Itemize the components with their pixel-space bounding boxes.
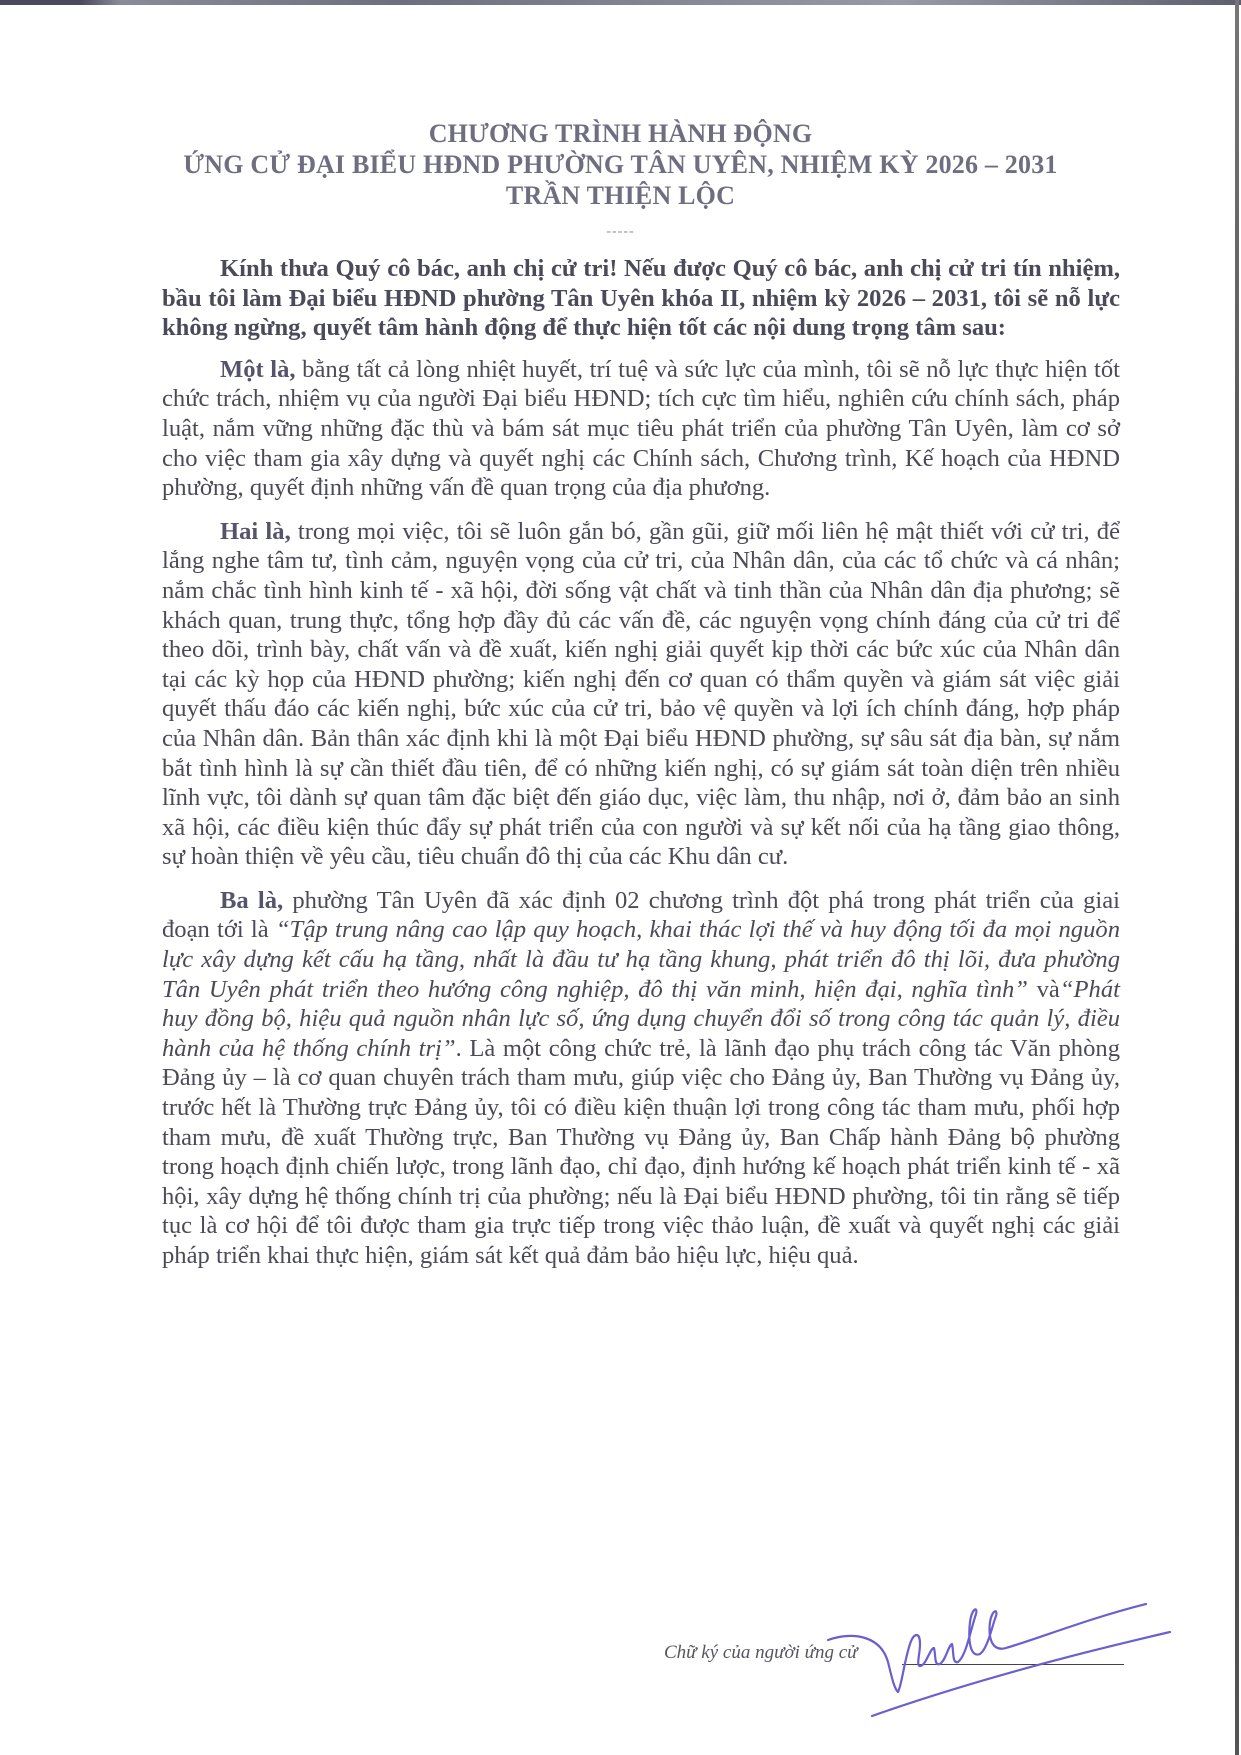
document-title: CHƯƠNG TRÌNH HÀNH ĐỘNG ỨNG CỬ ĐẠI BIỂU H…	[0, 118, 1241, 211]
scan-edge-top	[0, 0, 1241, 5]
section-three-lead: Ba là,	[220, 887, 283, 914]
title-separator: -----	[0, 224, 1241, 240]
title-line-2: ỨNG CỬ ĐẠI BIỂU HĐND PHƯỜNG TÂN UYÊN, NH…	[0, 149, 1241, 180]
document-page: CHƯƠNG TRÌNH HÀNH ĐỘNG ỨNG CỬ ĐẠI BIỂU H…	[0, 0, 1241, 1755]
section-one-text: bằng tất cả lòng nhiệt huyết, trí tuệ và…	[162, 356, 1120, 501]
section-three-quote-1: “Tập trung nâng cao lập quy hoạch, khai …	[162, 916, 1120, 1002]
section-three-connector: và	[1028, 976, 1060, 1003]
handwritten-signature-icon	[820, 1592, 1180, 1732]
section-two-text: trong mọi việc, tôi sẽ luôn gắn bó, gần …	[162, 518, 1120, 871]
section-one-lead: Một là,	[220, 356, 296, 383]
document-body: Kính thưa Quý cô bác, anh chị cử tri! Nế…	[162, 254, 1120, 1285]
title-line-3-candidate-name: TRẦN THIỆN LỘC	[0, 180, 1241, 211]
section-three-text-after: . Là một công chức trẻ, là lãnh đạo phụ …	[162, 1035, 1120, 1269]
section-two-paragraph: Hai là, trong mọi việc, tôi sẽ luôn gắn …	[162, 517, 1120, 872]
intro-paragraph: Kính thưa Quý cô bác, anh chị cử tri! Nế…	[162, 254, 1120, 343]
scan-edge-right	[1235, 0, 1239, 1755]
section-one-paragraph: Một là, bằng tất cả lòng nhiệt huyết, tr…	[162, 355, 1120, 503]
title-line-1: CHƯƠNG TRÌNH HÀNH ĐỘNG	[0, 118, 1241, 149]
section-three-paragraph: Ba là, phường Tân Uyên đã xác định 02 ch…	[162, 886, 1120, 1271]
section-two-lead: Hai là,	[220, 518, 291, 545]
